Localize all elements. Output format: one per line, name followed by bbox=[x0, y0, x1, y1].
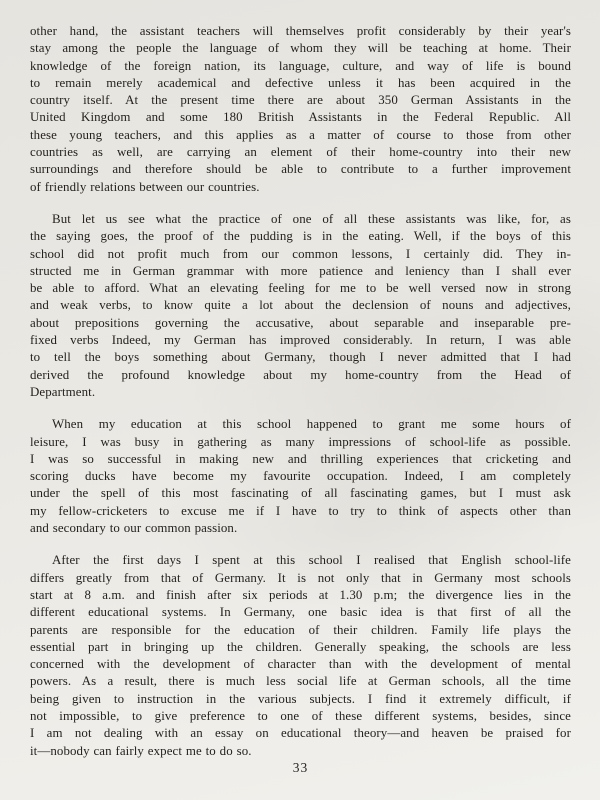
paragraph: After the first days I spent at this sch… bbox=[30, 552, 571, 760]
page-number: 33 bbox=[30, 760, 571, 776]
text-line: the saying goes, the proof of the puddin… bbox=[30, 228, 571, 245]
text-line: concerned with the development of charac… bbox=[30, 656, 571, 673]
text-line: countries as well, are carrying an eleme… bbox=[30, 144, 571, 161]
paragraph: When my education at this school happene… bbox=[30, 416, 571, 537]
text-line: powers. As a result, there is much less … bbox=[30, 673, 571, 690]
text-line: of friendly relations between our countr… bbox=[30, 179, 571, 196]
text-line: United Kingdom and some 180 British Assi… bbox=[30, 109, 571, 126]
text-line: country itself. At the present time ther… bbox=[30, 92, 571, 109]
book-page: other hand, the assistant teachers will … bbox=[0, 0, 600, 800]
text-line: these young teachers, and this applies a… bbox=[30, 127, 571, 144]
text-line: school did not profit much from our comm… bbox=[30, 246, 571, 263]
text-line: differs greatly from that of Germany. It… bbox=[30, 570, 571, 587]
text-line: different educational systems. In German… bbox=[30, 604, 571, 621]
text-line: I am not dealing with an essay on educat… bbox=[30, 725, 571, 742]
text-line: about prepositions governing the accusat… bbox=[30, 315, 571, 332]
text-line: When my education at this school happene… bbox=[30, 416, 571, 433]
text-line: essential part in bringing up the childr… bbox=[30, 639, 571, 656]
text-line: not impossible, to give preference to on… bbox=[30, 708, 571, 725]
text-line: it—nobody can fairly expect me to do so. bbox=[30, 743, 571, 760]
text-line: other hand, the assistant teachers will … bbox=[30, 23, 571, 40]
text-line: parents are responsible for the educatio… bbox=[30, 622, 571, 639]
paragraph: But let us see what the practice of one … bbox=[30, 211, 571, 401]
text-line: start at 8 a.m. and finish after six per… bbox=[30, 587, 571, 604]
text-line: I was so successful in making new and th… bbox=[30, 451, 571, 468]
text-line: to remain merely academical and defectiv… bbox=[30, 75, 571, 92]
text-line: my fellow-cricketers to excuse me if I h… bbox=[30, 503, 571, 520]
text-line: After the first days I spent at this sch… bbox=[30, 552, 571, 569]
page-text: other hand, the assistant teachers will … bbox=[30, 23, 571, 760]
text-line: derived the profound knowledge about my … bbox=[30, 367, 571, 384]
text-line: But let us see what the practice of one … bbox=[30, 211, 571, 228]
text-line: scoring ducks have become my favourite o… bbox=[30, 468, 571, 485]
paragraph: other hand, the assistant teachers will … bbox=[30, 23, 571, 196]
text-line: knowledge of the foreign nation, its lan… bbox=[30, 58, 571, 75]
text-line: surroundings and therefore should be abl… bbox=[30, 161, 571, 178]
text-line: under the spell of this most fascinating… bbox=[30, 485, 571, 502]
text-line: leisure, I was busy in gathering as many… bbox=[30, 434, 571, 451]
text-line: Department. bbox=[30, 384, 571, 401]
text-line: structed me in German grammar with more … bbox=[30, 263, 571, 280]
text-line: and secondary to our common passion. bbox=[30, 520, 571, 537]
text-line: being given to instruction in the variou… bbox=[30, 691, 571, 708]
text-line: fixed verbs Indeed, my German has improv… bbox=[30, 332, 571, 349]
text-line: and weak verbs, to know quite a lot abou… bbox=[30, 297, 571, 314]
text-line: stay among the people the language of wh… bbox=[30, 40, 571, 57]
text-line: to tell the boys something about Germany… bbox=[30, 349, 571, 366]
text-line: be able to afford. What an elevating fee… bbox=[30, 280, 571, 297]
